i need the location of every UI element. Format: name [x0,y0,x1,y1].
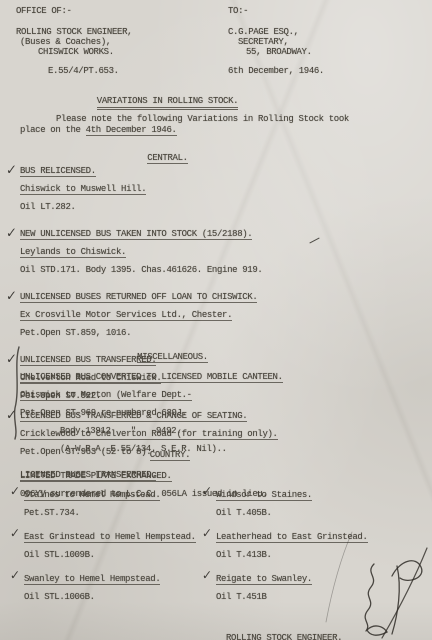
checkmark-annotation: ✓ [10,568,20,581]
reference-number: E.55/4/PT.653. [48,66,132,76]
footer-signoff-row: ROLLING STOCK ENGINEER. [226,627,342,640]
variation-entry: ✓ UNLICENSED BUSES RETURNED OFF LOAN TO … [20,286,278,340]
section-heading-country: COUNTRY. [150,450,190,461]
transfer-pair: ✓ Leatherhead to East Grinstead. Oil T.4… [216,526,368,562]
canteen-entry: UNLICENSED BUS CONVERTED TO LICENSED MOB… [20,366,432,456]
office-dept: (Buses & Coaches), [20,37,132,47]
section-heading-miscellaneous: MISCELLANEOUS. [137,352,208,363]
variation-entry: ✓ NEW UNLICENSED BUS TAKEN INTO STOCK (1… [20,223,278,277]
office-works: CHISWICK WORKS. [38,47,132,57]
checkmark-annotation: ✓ [202,526,212,539]
office-name: ROLLING STOCK ENGINEER, [16,27,132,37]
country-section: COUNTRY. LICENSED BUSES TRANSFERRED. ✓ S… [0,444,432,610]
transfer-pair: ✓ Staines to Hemel Hempstead. Pet.ST.734… [24,484,216,520]
to-address-block: TO:- C.G.PAGE ESQ., SECRETARY, 55, BROAD… [228,6,324,76]
entry-route: Leylands to Chiswick. [20,247,126,258]
recipient-address: 55, BROADWAY. [246,47,324,57]
country-subheading: LICENSED BUSES TRANSFERRED. [20,470,156,481]
pair-detail: Oil STL.1006B. [24,592,95,602]
pair-route: Swanley to Hemel Hempstead. [24,574,160,585]
pair-detail: Oil T.413B. [216,550,272,560]
country-subheading-row: LICENSED BUSES TRANSFERRED. [20,464,432,482]
intro-variation-date: 4th December 1946. [86,125,177,136]
document-date: 6th December, 1946. [228,66,324,76]
entry-detail: Pet.Open ST.969 re-numbered 689J. [20,408,187,418]
title-row: VARIATIONS IN ROLLING STOCK. [0,90,335,110]
transfer-pair: ✓ East Grinstead to Hemel Hempstead. Oil… [24,526,216,562]
transfer-pair: ✓ Windsor to Staines. Oil T.405B. [216,484,368,520]
to-label: TO:- [228,6,324,16]
pair-route: Staines to Hemel Hempstead. [24,490,160,501]
entry-detail: Oil STD.171. Body 1395. Chas.461626. Eng… [20,265,262,275]
transfer-pair: ✓ Reigate to Swanley. Oil T.451B [216,568,368,604]
entry-heading: UNLICENSED BUSES RETURNED OFF LOAN TO CH… [20,292,257,303]
checkmark-annotation: ✓ [6,164,17,177]
entry-route: Chiswick to Muswell Hill. [20,184,146,195]
country-heading-row: COUNTRY. [0,444,340,462]
page-title: VARIATIONS IN ROLLING STOCK. [97,96,238,110]
scanned-memo-document: OFFICE OF:- ROLLING STOCK ENGINEER, (Bus… [0,0,432,640]
checkmark-annotation: ✓ [202,484,212,497]
pair-detail: Oil STL.1009B. [24,550,95,560]
entry-detail: Oil LT.282. [20,202,76,212]
entry-heading: UNLICENSED BUS CONVERTED TO LICENSED MOB… [20,372,283,383]
intro-line2: place on the 4th December 1946. [20,125,400,136]
entry-heading: BUS RELICENSED. [20,166,96,177]
checkmark-annotation: ✓ [10,526,20,539]
entry-route: Ex Crosville Motor Services Ltd., Cheste… [20,310,232,321]
checkmark-annotation: ✓ [6,290,17,303]
pair-detail: Oil T.405B. [216,508,272,518]
checkmark-annotation: ✓ [10,484,20,497]
entry-route: Chiswick to Merton (Welfare Dept.- [20,390,192,401]
pair-route: East Grinstead to Hemel Hempstead. [24,532,196,543]
from-address-block: OFFICE OF:- ROLLING STOCK ENGINEER, (Bus… [16,6,132,76]
pair-detail: Oil T.451B [216,592,267,602]
country-right-column: ✓ Windsor to Staines. Oil T.405B. ✓ Leat… [216,484,368,610]
entry-heading: NEW UNLICENSED BUS TAKEN INTO STOCK (15/… [20,229,252,240]
pair-detail: Pet.ST.734. [24,508,80,518]
signoff-title: ROLLING STOCK ENGINEER. [226,633,342,640]
intro-paragraph: Please note the following Variations in … [20,114,400,136]
country-left-column: ✓ Staines to Hemel Hempstead. Pet.ST.734… [24,484,216,610]
variation-entry: ✓ BUS RELICENSED. Chiswick to Muswell Hi… [20,160,278,214]
checkmark-annotation: ✓ [202,568,212,581]
transfer-pair: ✓ Swanley to Hemel Hempstead. Oil STL.10… [24,568,216,604]
pair-route: Windsor to Staines. [216,490,312,501]
pair-route: Reigate to Swanley. [216,574,312,585]
pen-dash-annotation [309,237,319,243]
office-of-label: OFFICE OF:- [16,6,132,16]
entry-detail-body-numbers: Body 13912 " 9492. [60,426,181,436]
checkmark-annotation: ✓ [6,227,17,240]
recipient-name: C.G.PAGE ESQ., [228,27,324,37]
pair-route: Leatherhead to East Grinstead. [216,532,368,543]
recipient-title: SECRETARY, [238,37,324,47]
misc-heading-row: MISCELLANEOUS. [0,346,345,364]
intro-line2-prefix: place on the [20,125,86,135]
entry-detail: Pet.Open ST.859, 1016. [20,328,131,338]
country-columns: ✓ Staines to Hemel Hempstead. Pet.ST.734… [24,484,432,610]
intro-line1: Please note the following Variations in … [20,114,400,124]
